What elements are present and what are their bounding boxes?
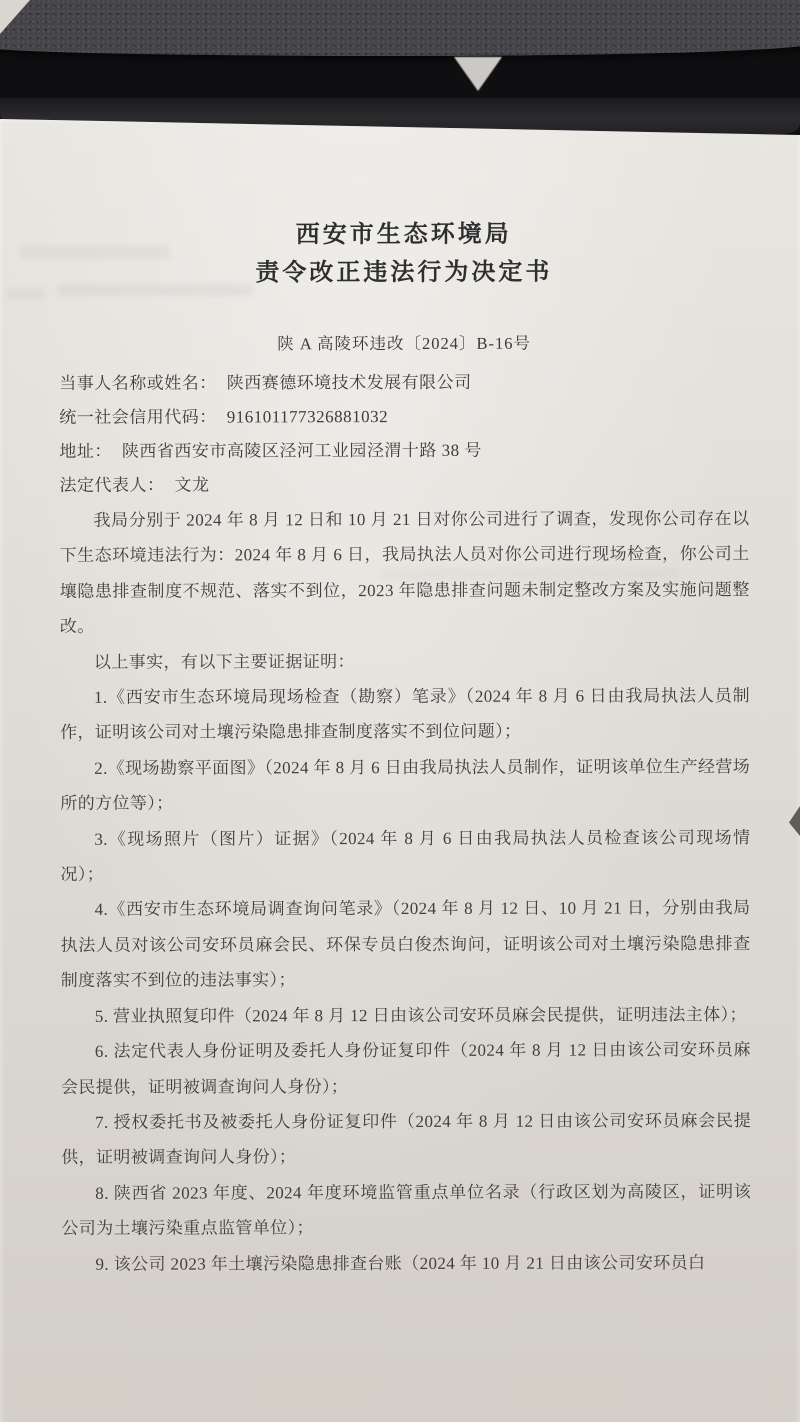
field-label: 地址： — [59, 442, 112, 461]
paper-feed-triangle-icon — [454, 57, 502, 91]
field-label: 法定代表人： — [59, 476, 164, 495]
field-address: 地址：陕西省西安市高陵区泾河工业园泾渭十路 38 号 — [59, 433, 749, 469]
evidence-item-4: 4.《西安市生态环境局调查询问笔录》（2024 年 8 月 12 日、10 月 … — [61, 891, 751, 999]
field-credit-code: 统一社会信用代码：916101177326881032 — [59, 399, 749, 435]
evidence-item-1: 1.《西安市生态环境局现场检查（勘察）笔录》（2024 年 8 月 6 日由我局… — [60, 678, 750, 751]
document-subtitle: 责令改正违法行为决定书 — [59, 253, 749, 293]
evidence-item-5: 5. 营业执照复印件（2024 年 8 月 12 日由该公司安环员麻会民提供，证… — [61, 997, 751, 1034]
photo-of-document: 西安市生态环境局 责令改正违法行为决定书 陕 A 高陵环违改〔2024〕B-16… — [0, 0, 800, 1422]
document-body: 西安市生态环境局 责令改正违法行为决定书 陕 A 高陵环违改〔2024〕B-16… — [58, 115, 751, 1282]
field-value: 916101177326881032 — [227, 407, 388, 426]
background-corner-highlight — [0, 0, 30, 34]
bleed-through-mark — [6, 288, 46, 300]
doc-number: 陕 A 高陵环违改〔2024〕B-16号 — [59, 329, 749, 359]
document-title: 西安市生态环境局 — [58, 115, 748, 255]
field-value: 文龙 — [174, 476, 209, 495]
evidence-item-7: 7. 授权委托书及被委托人身份证复印件（2024 年 8 月 12 日由该公司安… — [61, 1103, 751, 1176]
evidence-intro: 以上事实，有以下主要证据证明： — [60, 643, 750, 680]
field-party-name: 当事人名称或姓名：陕西赛德环境技术发展有限公司 — [59, 365, 749, 401]
field-legal-representative: 法定代表人：文龙 — [59, 467, 749, 503]
party-info-fields: 当事人名称或姓名：陕西赛德环境技术发展有限公司 统一社会信用代码：9161011… — [59, 365, 749, 503]
evidence-item-3: 3.《现场照片（图片）证据》（2024 年 8 月 6 日由我局执法人员检查该公… — [60, 820, 750, 893]
field-value: 陕西赛德环境技术发展有限公司 — [227, 373, 472, 393]
field-label: 统一社会信用代码： — [59, 407, 217, 426]
document-page: 西安市生态环境局 责令改正违法行为决定书 陕 A 高陵环违改〔2024〕B-16… — [0, 116, 800, 1422]
evidence-item-9: 9. 该公司 2023 年土壤污染隐患排查台账（2024 年 10 月 21 日… — [61, 1245, 751, 1282]
evidence-item-6: 6. 法定代表人身份证明及委托人身份证复印件（2024 年 8 月 12 日由该… — [61, 1032, 751, 1105]
printer-lid — [0, 0, 800, 56]
field-label: 当事人名称或姓名： — [59, 373, 217, 392]
evidence-item-2: 2.《现场勘察平面图》（2024 年 8 月 6 日由我局执法人员制作，证明该单… — [60, 749, 750, 822]
field-value: 陕西省西安市高陵区泾河工业园泾渭十路 38 号 — [122, 441, 482, 461]
violation-paragraph: 我局分别于 2024 年 8 月 12 日和 10 月 21 日对你公司进行了调… — [59, 501, 749, 644]
evidence-item-8: 8. 陕西省 2023 年度、2024 年度环境监管重点单位名录（行政区划为高陵… — [61, 1174, 751, 1247]
